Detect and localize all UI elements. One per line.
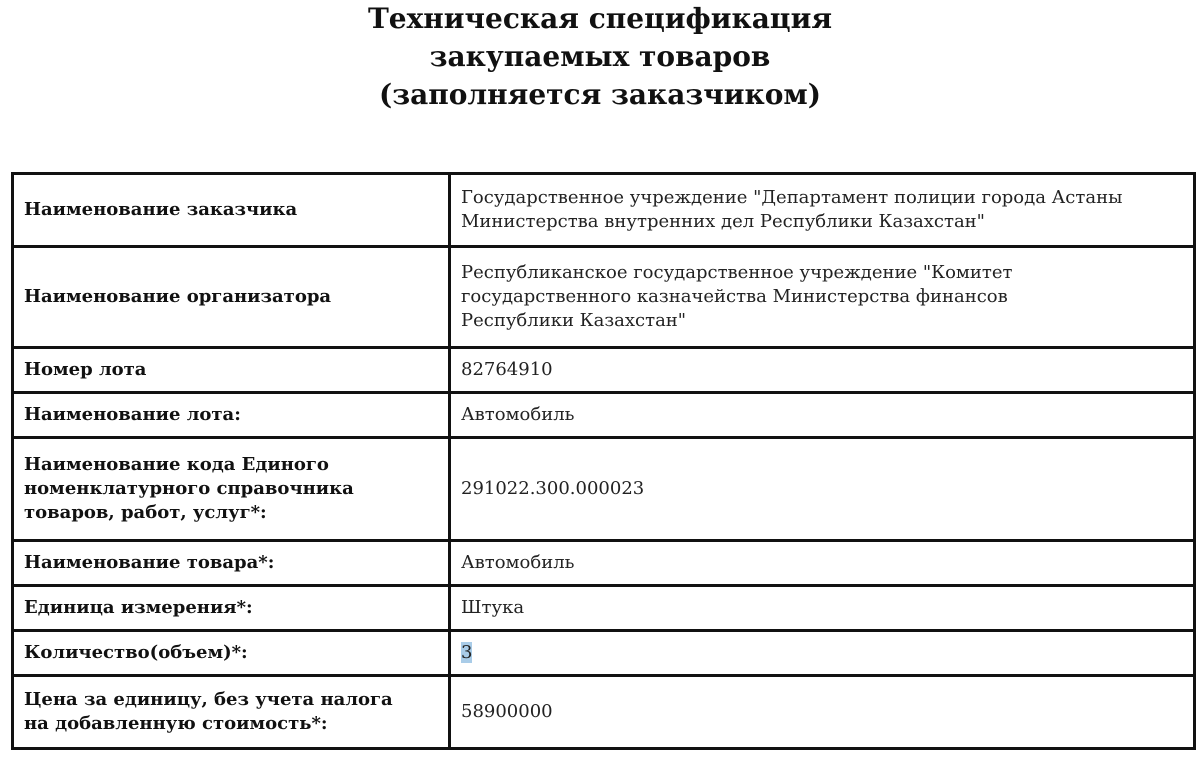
row-value-quantity[interactable]: 3	[450, 631, 1195, 676]
label-line: номенклатурного справочника	[24, 477, 438, 501]
row-label: Наименование товара*:	[13, 541, 450, 586]
row-value-customer[interactable]: Государственное учреждение "Департамент …	[450, 174, 1195, 247]
row-value-organizer[interactable]: Республиканское государственное учрежден…	[450, 247, 1195, 348]
row-label: Единица измерения*:	[13, 586, 450, 631]
label-line: Наименование кода Единого	[24, 453, 438, 477]
value-line: Министерства внутренних дел Республики К…	[461, 210, 1183, 234]
row-label: Наименование организатора	[13, 247, 450, 348]
row-label: Количество(объем)*:	[13, 631, 450, 676]
row-label: Наименование кода Единого номенклатурног…	[13, 438, 450, 541]
table-row-product-name: Наименование товара*: Автомобиль	[13, 541, 1195, 586]
row-label: Наименование лота:	[13, 393, 450, 438]
row-value-unit-price[interactable]: 58900000	[450, 676, 1195, 749]
table-row-organizer: Наименование организатора Республиканско…	[13, 247, 1195, 348]
row-label: Наименование заказчика	[13, 174, 450, 247]
row-value-lot-number[interactable]: 82764910	[450, 348, 1195, 393]
label-line: на добавленную стоимость*:	[24, 712, 438, 736]
specification-table: Наименование заказчика Государственное у…	[11, 172, 1196, 750]
document-title: Техническая спецификация закупаемых това…	[0, 0, 1200, 114]
value-line: государственного казначейства Министерст…	[461, 285, 1183, 309]
table-row-unit: Единица измерения*: Штука	[13, 586, 1195, 631]
value-line: Республиканское государственное учрежден…	[461, 261, 1183, 285]
table-row-lot-number: Номер лота 82764910	[13, 348, 1195, 393]
table-row-lot-name: Наименование лота: Автомобиль	[13, 393, 1195, 438]
row-label: Цена за единицу, без учета налога на доб…	[13, 676, 450, 749]
value-line: Республики Казахстан"	[461, 309, 1183, 333]
value-line: Государственное учреждение "Департамент …	[461, 186, 1183, 210]
row-value-enstru-code[interactable]: 291022.300.000023	[450, 438, 1195, 541]
selected-text[interactable]: 3	[461, 642, 472, 663]
title-line-2: закупаемых товаров	[0, 38, 1200, 76]
row-value-unit[interactable]: Штука	[450, 586, 1195, 631]
table-row-customer: Наименование заказчика Государственное у…	[13, 174, 1195, 247]
row-value-product-name[interactable]: Автомобиль	[450, 541, 1195, 586]
table-row-quantity: Количество(объем)*: 3	[13, 631, 1195, 676]
table-row-unit-price: Цена за единицу, без учета налога на доб…	[13, 676, 1195, 749]
label-line: Цена за единицу, без учета налога	[24, 688, 438, 712]
title-line-3: (заполняется заказчиком)	[0, 76, 1200, 114]
label-line: товаров, работ, услуг*:	[24, 501, 438, 525]
row-value-lot-name[interactable]: Автомобиль	[450, 393, 1195, 438]
title-line-1: Техническая спецификация	[0, 0, 1200, 38]
table-row-enstru-code: Наименование кода Единого номенклатурног…	[13, 438, 1195, 541]
row-label: Номер лота	[13, 348, 450, 393]
